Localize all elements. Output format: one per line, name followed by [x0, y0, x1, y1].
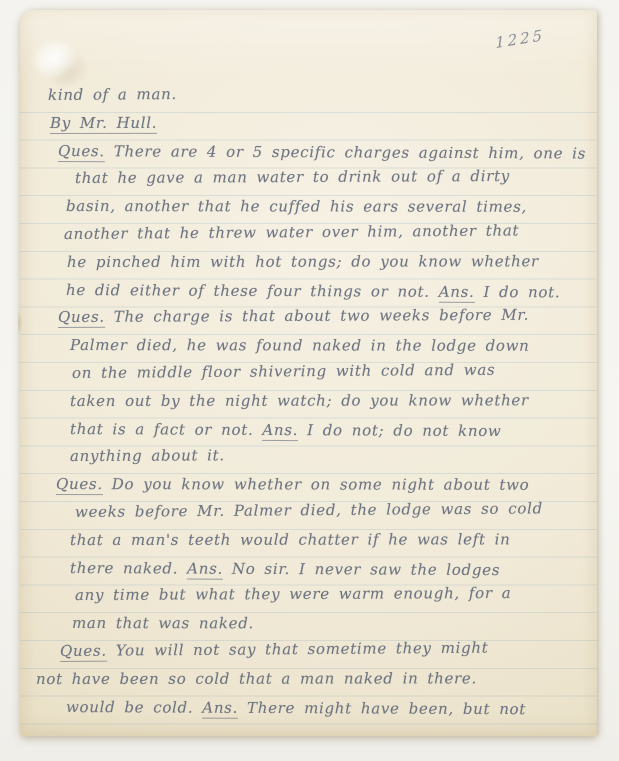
paper-edge-nick	[18, 310, 23, 336]
handwriting-text: kind of a man.	[48, 85, 177, 104]
handwriting-text: weeks before Mr. Palmer died, the lodge …	[75, 499, 543, 521]
handwriting-text: he pinched him with hot tongs; do you kn…	[67, 252, 539, 271]
scanned-document-background: 1225 kind of a man.By Mr. Hull.Ques. The…	[0, 0, 619, 761]
underlined-word: Ques.	[60, 642, 107, 662]
handwriting-text: that is a fact or not.	[70, 420, 263, 439]
handwritten-line: Ques. There are 4 or 5 specific charges …	[58, 141, 586, 163]
handwriting-text: taken out by the night watch; do you kno…	[70, 391, 529, 410]
handwritten-line: man that was naked.	[72, 613, 254, 633]
handwriting-text: I do not.	[474, 283, 560, 301]
handwriting-text: there naked.	[70, 559, 187, 578]
handwriting-text: There are 4 or 5 specific charges agains…	[105, 142, 586, 162]
handwritten-line: anything about it.	[70, 446, 225, 467]
page-number: 1225	[495, 26, 546, 52]
handwriting-text: The charge is that about two weeks befor…	[105, 306, 529, 326]
handwriting-text: would be cold.	[66, 698, 202, 717]
handwritten-line: any time but what they were warm enough,…	[75, 583, 511, 605]
handwritten-line: another that he threw water over him, an…	[64, 220, 519, 244]
handwritten-line: basin, another that he cuffed his ears s…	[66, 196, 527, 217]
handwriting-text: he did either of these four things or no…	[66, 281, 439, 301]
handwriting-text: I do not; do not know	[298, 421, 501, 440]
handwritten-line: that is a fact or not. Ans. I do not; do…	[70, 419, 502, 441]
handwriting-text: There might have been, but not	[238, 698, 526, 717]
underlined-word: Ans.	[439, 282, 475, 302]
handwritten-line: weeks before Mr. Palmer died, the lodge …	[75, 498, 543, 522]
handwritten-line: By Mr. Hull.	[50, 113, 157, 133]
underlined-word: Ans.	[262, 421, 298, 441]
handwritten-line: there naked. Ans. No sir. I never saw th…	[70, 558, 500, 580]
handwritten-line: taken out by the night watch; do you kno…	[70, 390, 529, 411]
handwritten-line: Palmer died, he was found naked in the l…	[70, 335, 530, 356]
handwritten-line: Ques. You will not say that sometime the…	[60, 638, 489, 661]
handwritten-line: kind of a man.	[48, 84, 177, 105]
handwriting-text: anything about it.	[70, 447, 225, 466]
handwriting-text: that he gave a man water to drink out of…	[75, 167, 510, 187]
handwriting-text: not have been so cold that a man naked i…	[36, 669, 477, 688]
handwritten-line: Ques. Do you know whether on some night …	[56, 474, 529, 495]
handwriting-text: that a man's teeth would chatter if he w…	[70, 530, 511, 549]
handwriting-text: You will not say that sometime they migh…	[107, 639, 489, 660]
underlined-word: Ques.	[58, 142, 105, 162]
underlined-word: Ques.	[58, 308, 105, 328]
paper-crease-mark	[19, 15, 95, 94]
handwriting-text: Do you know whether on some night about …	[103, 475, 530, 494]
handwritten-line: he pinched him with hot tongs; do you kn…	[67, 251, 539, 272]
underlined-word: Ques.	[56, 475, 103, 495]
handwritten-line: that he gave a man water to drink out of…	[75, 166, 510, 188]
handwriting-text: man that was naked.	[72, 614, 254, 632]
handwritten-line: would be cold. Ans. There might have bee…	[66, 697, 526, 719]
handwritten-line: he did either of these four things or no…	[66, 280, 560, 302]
underlined-word: Ans.	[187, 559, 223, 579]
handwritten-line: that a man's teeth would chatter if he w…	[70, 529, 511, 550]
handwriting-text: basin, another that he cuffed his ears s…	[66, 197, 527, 216]
handwriting-text: No sir. I never saw the lodges	[223, 559, 500, 578]
handwriting-text: on the middle floor shivering with cold …	[72, 361, 496, 382]
handwritten-line: not have been so cold that a man naked i…	[36, 668, 477, 689]
handwritten-line: Ques. The charge is that about two weeks…	[58, 305, 529, 327]
handwriting-text: another that he threw water over him, an…	[64, 221, 519, 243]
handwritten-line: on the middle floor shivering with cold …	[72, 360, 496, 383]
handwriting-text: Palmer died, he was found naked in the l…	[70, 336, 530, 355]
manuscript-paper: 1225 kind of a man.By Mr. Hull.Ques. The…	[20, 10, 597, 736]
underlined-word: By Mr. Hull.	[50, 114, 157, 134]
underlined-word: Ans.	[202, 698, 238, 718]
handwriting-text: any time but what they were warm enough,…	[75, 584, 511, 604]
